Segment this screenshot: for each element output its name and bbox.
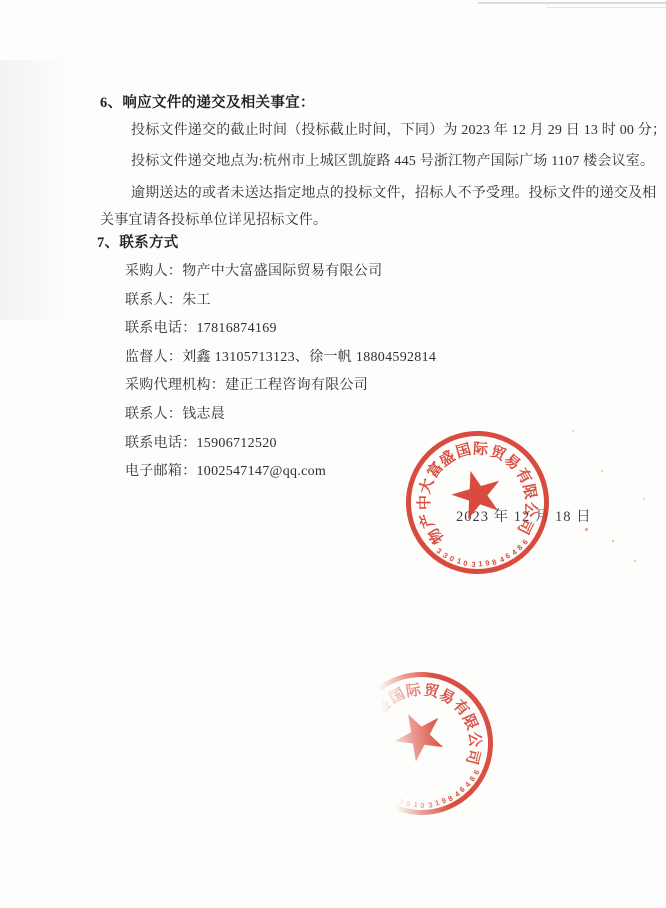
company-seal-partial: 物产中大富盛国际贸易有限公司33010319846486	[330, 652, 513, 835]
contact-line-agency: 采购代理机构：建正工程咨询有限公司	[125, 376, 436, 396]
submission-address-paragraph: 投标文件递交地点为:杭州市上城区凯旋路 445 号浙江物产国际广场 1107 楼…	[131, 152, 654, 172]
late-delivery-paragraph-line2: 关事宜请各投标单位详见招标文件。	[100, 211, 327, 231]
deadline-paragraph: 投标文件递交的截止时间（投标截止时间，下同）为 2023 年 12 月 29 日…	[131, 121, 666, 141]
ink-speckle	[585, 528, 588, 531]
ink-speckle	[634, 560, 636, 562]
ink-speckle	[601, 470, 603, 472]
company-seal: 物产中大富盛国际贸易有限公司33010319846486	[398, 423, 557, 582]
contact-line-agency-contact: 联系人：钱志晨	[125, 405, 436, 425]
scan-artifact-line	[546, 7, 666, 8]
contact-line-purchaser: 采购人：物产中大富盛国际贸易有限公司	[125, 262, 436, 282]
late-delivery-paragraph-line1: 逾期送达的或者未送达指定地点的投标文件，招标人不予受理。投标文件的递交及相	[131, 184, 656, 204]
document-page: 6、响应文件的递交及相关事宜： 投标文件递交的截止时间（投标截止时间，下同）为 …	[0, 0, 666, 908]
section-7-heading: 7、联系方式	[97, 231, 179, 252]
contact-line-phone: 联系电话：17816874169	[125, 319, 436, 339]
contact-line-agency-phone: 联系电话：15906712520	[125, 434, 436, 454]
section-6-heading: 6、响应文件的递交及相关事宜：	[100, 91, 315, 112]
ink-speckle	[612, 540, 614, 542]
ink-speckle	[643, 498, 645, 500]
contact-line-email: 电子邮箱：1002547147@qq.com	[125, 462, 436, 482]
contact-info-block: 采购人：物产中大富盛国际贸易有限公司 联系人：朱工 联系电话：178168741…	[125, 262, 436, 491]
contact-line-supervisors: 监督人：刘鑫 13105713123、徐一帆 18804592814	[125, 348, 436, 368]
ink-speckle	[572, 430, 574, 432]
scan-artifact-line	[478, 2, 666, 4]
contact-line-contact-person: 联系人：朱工	[125, 291, 436, 311]
scan-edge-shadow	[0, 60, 70, 320]
